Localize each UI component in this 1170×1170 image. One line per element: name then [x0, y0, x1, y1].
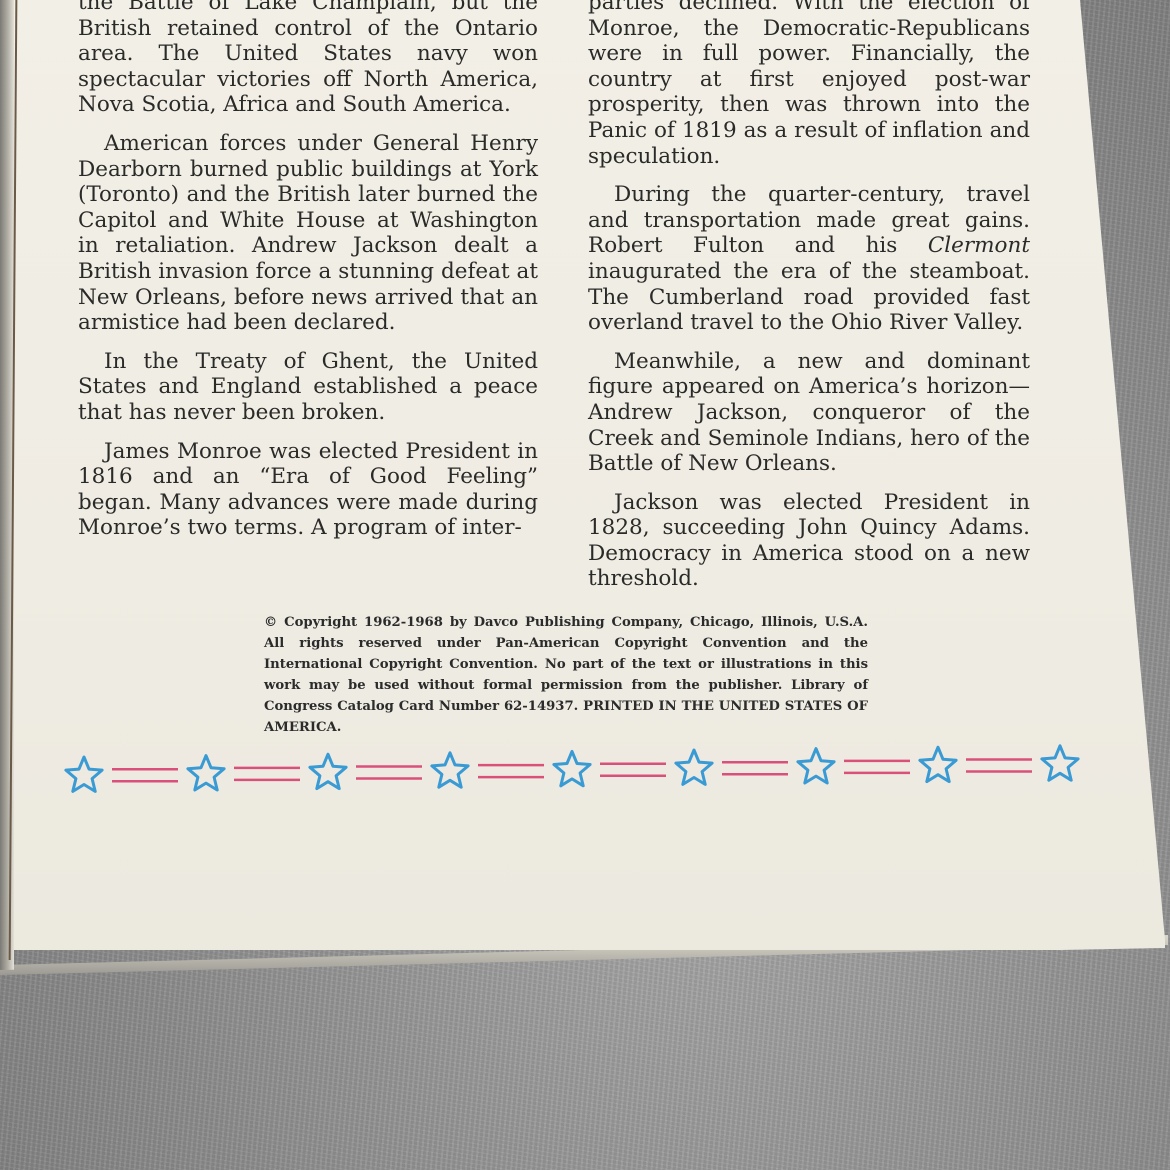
paragraph: During the quarter-century, travel and t…: [588, 182, 1030, 336]
star-outline-icon: [920, 747, 956, 781]
star-outline-icon: [310, 754, 346, 788]
right-column: parties declined. With the election of M…: [588, 0, 1030, 605]
paragraph: Meanwhile, a new and dominant figure app…: [588, 349, 1030, 477]
copyright-notice: © Copyright 1962-1968 by Davco Publishin…: [264, 612, 868, 738]
star-outline-icon: [798, 749, 834, 783]
paragraph: the Battle of Lake Champlain, but the Br…: [78, 0, 538, 118]
paragraph: parties declined. With the election of M…: [588, 0, 1030, 169]
paragraph-text: inaugurated the era of the steamboat. Th…: [588, 259, 1030, 335]
paragraph: American forces under General Henry Dear…: [78, 131, 538, 336]
star-outline-icon: [188, 756, 224, 790]
star-outline-icon: [676, 750, 712, 784]
star-outline-icon: [66, 757, 102, 791]
paragraph: In the Treaty of Ghent, the United State…: [78, 349, 538, 426]
star-outline-icon: [554, 751, 590, 785]
stars-and-stripes-divider: [60, 742, 1090, 802]
left-column: the Battle of Lake Champlain, but the Br…: [78, 0, 538, 554]
book-page: the Battle of Lake Champlain, but the Br…: [0, 0, 1170, 950]
star-outline-icon: [1042, 746, 1078, 780]
paragraph: James Monroe was elected President in 18…: [78, 439, 538, 541]
ship-name: Clermont: [928, 233, 1030, 258]
star-outline-icon: [432, 753, 468, 787]
paragraph: Jackson was elected President in 1828, s…: [588, 490, 1030, 592]
